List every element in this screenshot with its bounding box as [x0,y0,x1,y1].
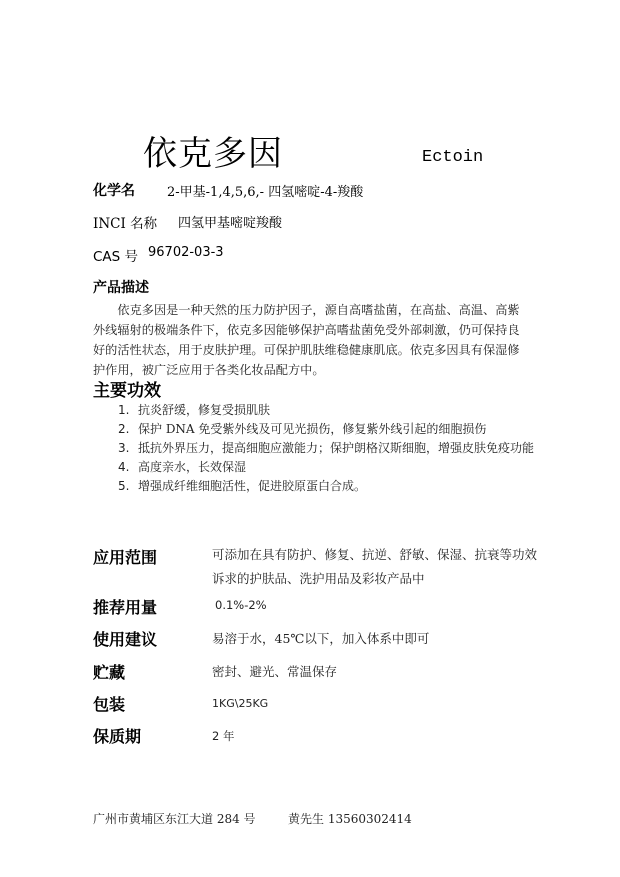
benefit-item: 3. 抵抗外界压力，提高细胞应激能力；保护朗格汉斯细胞，增强皮肤免疫功能 [118,440,538,457]
cas-value: 96702-03-3 [148,245,224,260]
benefit-number: 5. [118,478,138,495]
benefit-item: 5. 增强成纤维细胞活性，促进胶原蛋白合成。 [118,478,538,495]
packaging-label: 包装 [93,692,125,715]
description-heading: 产品描述 [93,277,149,297]
benefit-item: 1. 抗炎舒缓，修复受损肌肤 [118,402,538,419]
shelf-life-value: 2 年 [212,728,234,744]
usage-value: 易溶于水，45℃以下，加入体系中即可 [212,629,429,647]
benefit-item: 2. 保护 DNA 免受紫外线及可见光损伤，修复紫外线引起的细胞损伤 [118,421,538,438]
storage-label: 贮藏 [93,660,125,683]
benefits-list: 1. 抗炎舒缓，修复受损肌肤 2. 保护 DNA 免受紫外线及可见光损伤，修复紫… [118,402,538,497]
inci-label: INCI 名称 [93,212,157,232]
benefit-text: 高度亲水，长效保湿 [138,459,538,476]
usage-label: 使用建议 [93,627,157,650]
benefit-text: 保护 DNA 免受紫外线及可见光损伤，修复紫外线引起的细胞损伤 [138,421,538,438]
product-title-cn: 依克多因 [143,126,283,175]
benefit-item: 4. 高度亲水，长效保湿 [118,459,538,476]
shelf-life-label: 保质期 [93,724,141,747]
benefit-number: 2. [118,421,138,438]
application-value: 可添加在具有防护、修复、抗逆、舒敏、保湿、抗衰等功效诉求的护肤品、洗护用品及彩妆… [212,543,537,591]
application-label: 应用范围 [93,545,157,568]
inci-value: 四氢甲基嘧啶羧酸 [178,212,282,231]
dosage-value: 0.1%-2% [215,598,267,612]
benefit-text: 抵抗外界压力，提高细胞应激能力；保护朗格汉斯细胞，增强皮肤免疫功能 [138,440,538,457]
chem-name-label: 化学名 [93,180,135,200]
benefit-number: 4. [118,459,138,476]
product-title-en: Ectoin [422,148,483,167]
dosage-label: 推荐用量 [93,595,157,618]
chem-name-value: 2-甲基-1,4,5,6,- 四氢嘧啶-4-羧酸 [167,181,363,200]
benefit-text: 增强成纤维细胞活性，促进胶原蛋白合成。 [138,478,538,495]
benefits-heading: 主要功效 [93,376,161,401]
benefit-number: 3. [118,440,138,457]
benefit-text: 抗炎舒缓，修复受损肌肤 [138,402,538,419]
footer-address: 广州市黄埔区东江大道 284 号 [93,810,256,827]
footer-contact: 黄先生 13560302414 [288,810,412,827]
storage-value: 密封、避光、常温保存 [212,662,337,680]
benefit-number: 1. [118,402,138,419]
description-text: 依克多因是一种天然的压力防护因子，源自高嗜盐菌，在高盐、高温、高紫外线辐射的极端… [93,300,529,380]
packaging-value: 1KG\25KG [212,697,268,710]
cas-label: CAS 号 [93,245,138,265]
